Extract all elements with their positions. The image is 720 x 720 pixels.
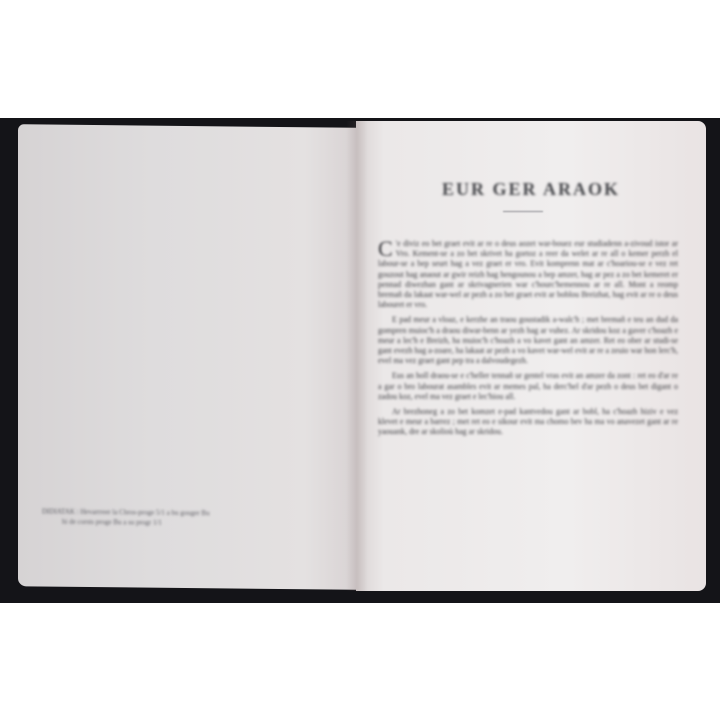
paragraph-1: C'e diviz eo bet graet evit ar re o deus…: [378, 239, 678, 310]
paragraph-4: Ar brezhoneg a zo bet komzet e-pad kantv…: [378, 407, 678, 438]
footnote-line-2: hi de corsts proge Bu a su progr 1/1: [42, 516, 282, 529]
drop-cap: C: [378, 239, 393, 259]
left-page: DIDIATAK : Hevarrreer la Chros-proge 5/1…: [18, 124, 356, 590]
paragraph-3: Eus an holl draou-se e c'heller tennañ u…: [378, 371, 678, 402]
book-gutter: [346, 121, 368, 591]
right-page: EUR GER ARAOK C'e diviz eo bet graet evi…: [356, 121, 706, 591]
body-text: C'e diviz eo bet graet evit ar re o deus…: [378, 239, 678, 443]
footnote: DIDIATAK : Hevarrreer la Chros-proge 5/1…: [42, 506, 282, 529]
chapter-title: EUR GER ARAOK: [356, 179, 706, 200]
paragraph-2: E pad meur a vloaz, e kerzhe an traou go…: [378, 315, 678, 366]
title-ornament-rule: [503, 211, 543, 212]
